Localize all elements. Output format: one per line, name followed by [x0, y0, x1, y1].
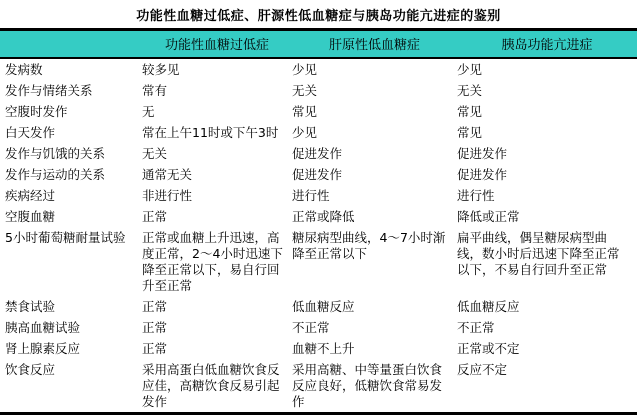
cell-functional: 通常无关: [142, 164, 292, 185]
cell-hepatic: 低血糖反应: [292, 296, 457, 317]
row-label: 禁食试验: [0, 296, 142, 317]
cell-hepatic: 血糖不上升: [292, 338, 457, 359]
header-functional-hypoglycemia: 功能性血糖过低症: [142, 30, 292, 59]
cell-islet: 无关: [457, 80, 637, 101]
cell-hepatic: 正常或降低: [292, 206, 457, 227]
cell-functional: 无: [142, 101, 292, 122]
header-hyperinsulinism: 胰岛功能亢进症: [457, 30, 637, 59]
table-row: 疾病经过 非进行性 进行性 进行性: [0, 185, 637, 206]
cell-islet: 少见: [457, 58, 637, 80]
row-label: 发作与饥饿的关系: [0, 143, 142, 164]
cell-functional: 正常: [142, 296, 292, 317]
cell-islet: 促进发作: [457, 143, 637, 164]
row-label: 发病数: [0, 58, 142, 80]
cell-hepatic: 常见: [292, 101, 457, 122]
cell-hepatic: 无关: [292, 80, 457, 101]
cell-functional: 非进行性: [142, 185, 292, 206]
table-row: 空腹血糖 正常 正常或降低 降低或正常: [0, 206, 637, 227]
table-row: 肾上腺素反应 正常 血糖不上升 正常或不定: [0, 338, 637, 359]
table-row: 空腹时发作 无 常见 常见: [0, 101, 637, 122]
comparison-table: 功能性血糖过低症 肝原性低血糖症 胰岛功能亢进症 发病数 较多见 少见 少见 发…: [0, 28, 637, 415]
row-label: 空腹血糖: [0, 206, 142, 227]
cell-islet: 反应不定: [457, 359, 637, 414]
cell-functional: 采用高蛋白低血糖饮食反应佳，高糖饮食反易引起发作: [142, 359, 292, 414]
row-label: 疾病经过: [0, 185, 142, 206]
cell-islet: 降低或正常: [457, 206, 637, 227]
cell-islet: 进行性: [457, 185, 637, 206]
table-row: 饮食反应 采用高蛋白低血糖饮食反应佳，高糖饮食反易引起发作 采用高糖、中等量蛋白…: [0, 359, 637, 414]
table-row: 5小时葡萄糖耐量试验 正常或血糖上升迅速，高度正常，2～4小时迅速下降至正常以下…: [0, 227, 637, 296]
cell-functional: 正常: [142, 317, 292, 338]
cell-islet: 促进发作: [457, 164, 637, 185]
cell-functional: 无关: [142, 143, 292, 164]
page: 功能性血糖过低症、肝源性低血糖症与胰岛功能亢进症的鉴别 功能性血糖过低症 肝原性…: [0, 0, 637, 420]
cell-islet: 常见: [457, 122, 637, 143]
table-row: 禁食试验 正常 低血糖反应 低血糖反应: [0, 296, 637, 317]
cell-functional: 正常: [142, 338, 292, 359]
cell-hepatic: 进行性: [292, 185, 457, 206]
row-label: 白天发作: [0, 122, 142, 143]
cell-islet: 常见: [457, 101, 637, 122]
cell-functional: 常在上午11时或下午3时: [142, 122, 292, 143]
table-row: 胰高血糖试验 正常 不正常 不正常: [0, 317, 637, 338]
row-label: 发作与运动的关系: [0, 164, 142, 185]
cell-islet: 扁平曲线，偶呈糖尿病型曲线，数小时后迅速下降至正常以下，不易自行回升至正常: [457, 227, 637, 296]
header-row: 功能性血糖过低症 肝原性低血糖症 胰岛功能亢进症: [0, 30, 637, 59]
cell-hepatic: 糖尿病型曲线，4～7小时渐降至正常以下: [292, 227, 457, 296]
cell-functional: 正常或血糖上升迅速，高度正常，2～4小时迅速下降至正常以下，易自行回升至正常: [142, 227, 292, 296]
cell-hepatic: 促进发作: [292, 143, 457, 164]
row-label: 5小时葡萄糖耐量试验: [0, 227, 142, 296]
row-label: 饮食反应: [0, 359, 142, 414]
page-title: 功能性血糖过低症、肝源性低血糖症与胰岛功能亢进症的鉴别: [0, 0, 637, 28]
cell-hepatic: 少见: [292, 58, 457, 80]
cell-functional: 正常: [142, 206, 292, 227]
cell-islet: 正常或不定: [457, 338, 637, 359]
header-hepatic-hypoglycemia: 肝原性低血糖症: [292, 30, 457, 59]
row-label: 胰高血糖试验: [0, 317, 142, 338]
cell-hepatic: 少见: [292, 122, 457, 143]
row-label: 发作与情绪关系: [0, 80, 142, 101]
header-empty-cell: [0, 30, 142, 59]
table-row: 发作与饥饿的关系 无关 促进发作 促进发作: [0, 143, 637, 164]
cell-hepatic: 不正常: [292, 317, 457, 338]
table-row: 发病数 较多见 少见 少见: [0, 58, 637, 80]
cell-islet: 低血糖反应: [457, 296, 637, 317]
table-row: 发作与运动的关系 通常无关 促进发作 促进发作: [0, 164, 637, 185]
row-label: 肾上腺素反应: [0, 338, 142, 359]
cell-functional: 常有: [142, 80, 292, 101]
cell-hepatic: 促进发作: [292, 164, 457, 185]
cell-hepatic: 采用高糖、中等量蛋白饮食反应良好，低糖饮食常易发作: [292, 359, 457, 414]
table-row: 白天发作 常在上午11时或下午3时 少见 常见: [0, 122, 637, 143]
cell-functional: 较多见: [142, 58, 292, 80]
table-row: 发作与情绪关系 常有 无关 无关: [0, 80, 637, 101]
row-label: 空腹时发作: [0, 101, 142, 122]
cell-islet: 不正常: [457, 317, 637, 338]
